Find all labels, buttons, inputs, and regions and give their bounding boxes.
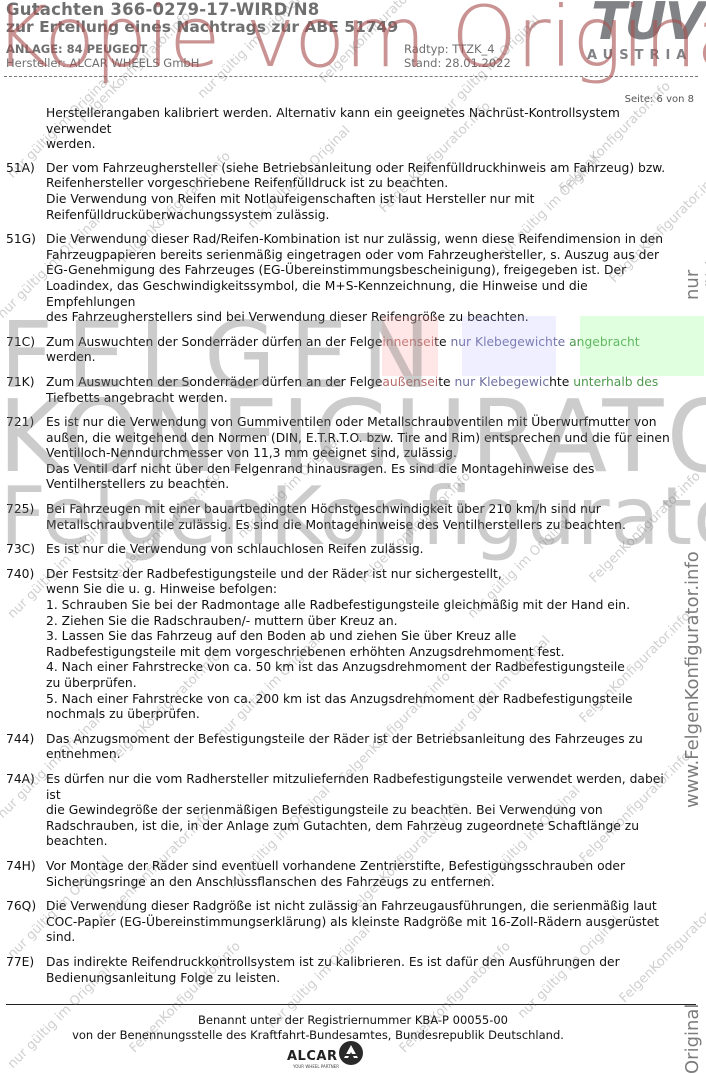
text-line: 2. Ziehen Sie die Radschrauben/- muttern… [46,614,681,630]
footer-authority: von der Benennungsstelle des Kraftfahrt-… [0,1028,706,1042]
text-line: werden. [46,137,681,153]
watermark-color-block [580,316,704,376]
condition-item: 744)Das Anzugsmoment der Befestigungstei… [6,732,681,763]
footer-divider [6,1004,696,1005]
tuv-logo-word: TÜV [591,0,703,52]
text-line: Reifenfülldrucküberwachungssystem zuläss… [46,208,681,224]
condition-text: Es ist nur die Verwendung von Gummiventi… [46,415,681,493]
condition-item: 73C)Es ist nur die Verwendung von schlau… [6,542,681,558]
text-line: Ventilloch-Nenndurchmesser von 11,3 mm g… [46,446,681,462]
text-line: Ventilherstellers zu beachten. [46,477,681,493]
condition-item: 740)Der Festsitz der Radbefestigungsteil… [6,567,681,723]
condition-code: 74H) [6,859,46,890]
text-line: Metallschraubventile zulässig. Es sind d… [46,518,681,534]
condition-code: 71K) [6,375,46,406]
condition-code: 744) [6,732,46,763]
report-subtitle: zur Erteilung eines Nachtrags zur ABE 51… [6,18,398,36]
text-line: Zum Auswuchten der Sonderräder dürfen an… [46,375,681,391]
text-line: zu überprüfen. [46,676,681,692]
text-line: Es ist nur die Verwendung von Gummiventi… [46,415,681,431]
watermark-side-short: Original [682,1004,703,1074]
watermark-side-original: nur gültig im Original [682,230,706,300]
watermark-side-site: www.FelgenKonfigurator.info [682,551,703,808]
condition-text: Der Festsitz der Radbefestigungsteile un… [46,567,681,723]
condition-text: Es dürfen nur die vom Radhersteller mitz… [46,772,681,850]
text-line: 1. Schrauben Sie bei der Radmontage alle… [46,598,681,614]
tuv-logo-country: AUSTRIA [587,48,692,63]
text-segment: Zum Auswuchten der Sonderräder dürfen an… [46,375,382,389]
text-line: EG-Genehmigung des Fahrzeuges (EG-Überei… [46,263,681,279]
alcar-logo-tagline: YOUR WHEEL PARTNER [293,1064,339,1069]
manufacturer-label: Hersteller: ALCAR WHEELS GmbH [6,56,199,70]
condition-item: 71K)Zum Auswuchten der Sonderräder dürfe… [6,375,681,406]
condition-item: 721)Es ist nur die Verwendung von Gummiv… [6,415,681,493]
text-line: Bedienungsanleitung Folge zu leisten. [46,971,681,987]
watermark-color-block [462,316,556,376]
text-segment: te [438,375,454,389]
text-line: Das Ventil darf nicht über den Felgenran… [46,462,681,478]
condition-code: 71C) [6,335,46,366]
annex-label: ANLAGE: 84 PEUGEOT [6,42,147,56]
condition-code: 73C) [6,542,46,558]
highlighted-text: nur Klebegewic [455,375,550,389]
condition-code: 721) [6,415,46,493]
text-line: 3. Lassen Sie das Fahrzeug auf den Boden… [46,629,681,645]
text-line: wenn Sie die u. g. Hinweise befolgen: [46,582,681,598]
condition-item: 51G)Die Verwendung dieser Rad/Reifen-Kom… [6,232,681,326]
condition-item: 74A)Es dürfen nur die vom Radhersteller … [6,772,681,850]
text-line: Radschrauben, ist die, in der Anlage zum… [46,819,681,835]
text-segment: hte [549,375,573,389]
condition-code: 77E) [6,955,46,986]
text-segment: Zum Auswuchten der Sonderräder dürfen an… [46,335,382,349]
text-line: Tiefbetts angebracht werden. [46,391,681,407]
text-line: Die Verwendung von Reifen mit Notlaufeig… [46,192,681,208]
text-line: Bei Fahrzeugen mit einer bauartbedingten… [46,502,681,518]
text-line: Es dürfen nur die vom Radhersteller mitz… [46,772,681,803]
text-line: die Gewindegröße der serienmäßigen Befes… [46,803,681,819]
document-page: Gutachten 366-0279-17-WIRD/N8 zur Erteil… [0,0,706,1074]
condition-text: Bei Fahrzeugen mit einer bauartbedingten… [46,502,681,533]
condition-text: Zum Auswuchten der Sonderräder dürfen an… [46,375,681,406]
header-divider [4,76,698,77]
text-line: außen, die weitgehend den Normen (DIN, E… [46,431,681,447]
highlighted-text: unterhalb des [573,375,658,389]
text-line: Radbefestigungsteile mit dem vorgeschrie… [46,645,681,661]
alcar-badge-icon [339,1041,363,1065]
text-line: Loadindex, das Geschwindigkeitssymbol, d… [46,279,681,310]
condition-code: 725) [6,502,46,533]
wheel-type-label: Radtyp: TTZK_4 [404,42,495,56]
highlighted-text: außensei [382,375,438,389]
footer-registration: Benannt unter der Registriernummer KBA-P… [0,1013,706,1027]
text-line: 4. Nach einer Fahrstrecke von ca. 50 km … [46,660,681,676]
alcar-logo-text: ALCAR [287,1049,337,1064]
text-line: Herstellerangaben kalibriert werden. Alt… [46,106,681,137]
tuv-austria-logo: TÜV AUSTRIA [585,0,695,70]
watermark-color-block [382,316,438,376]
alcar-logo: ALCAR YOUR WHEEL PARTNER [283,1041,363,1071]
